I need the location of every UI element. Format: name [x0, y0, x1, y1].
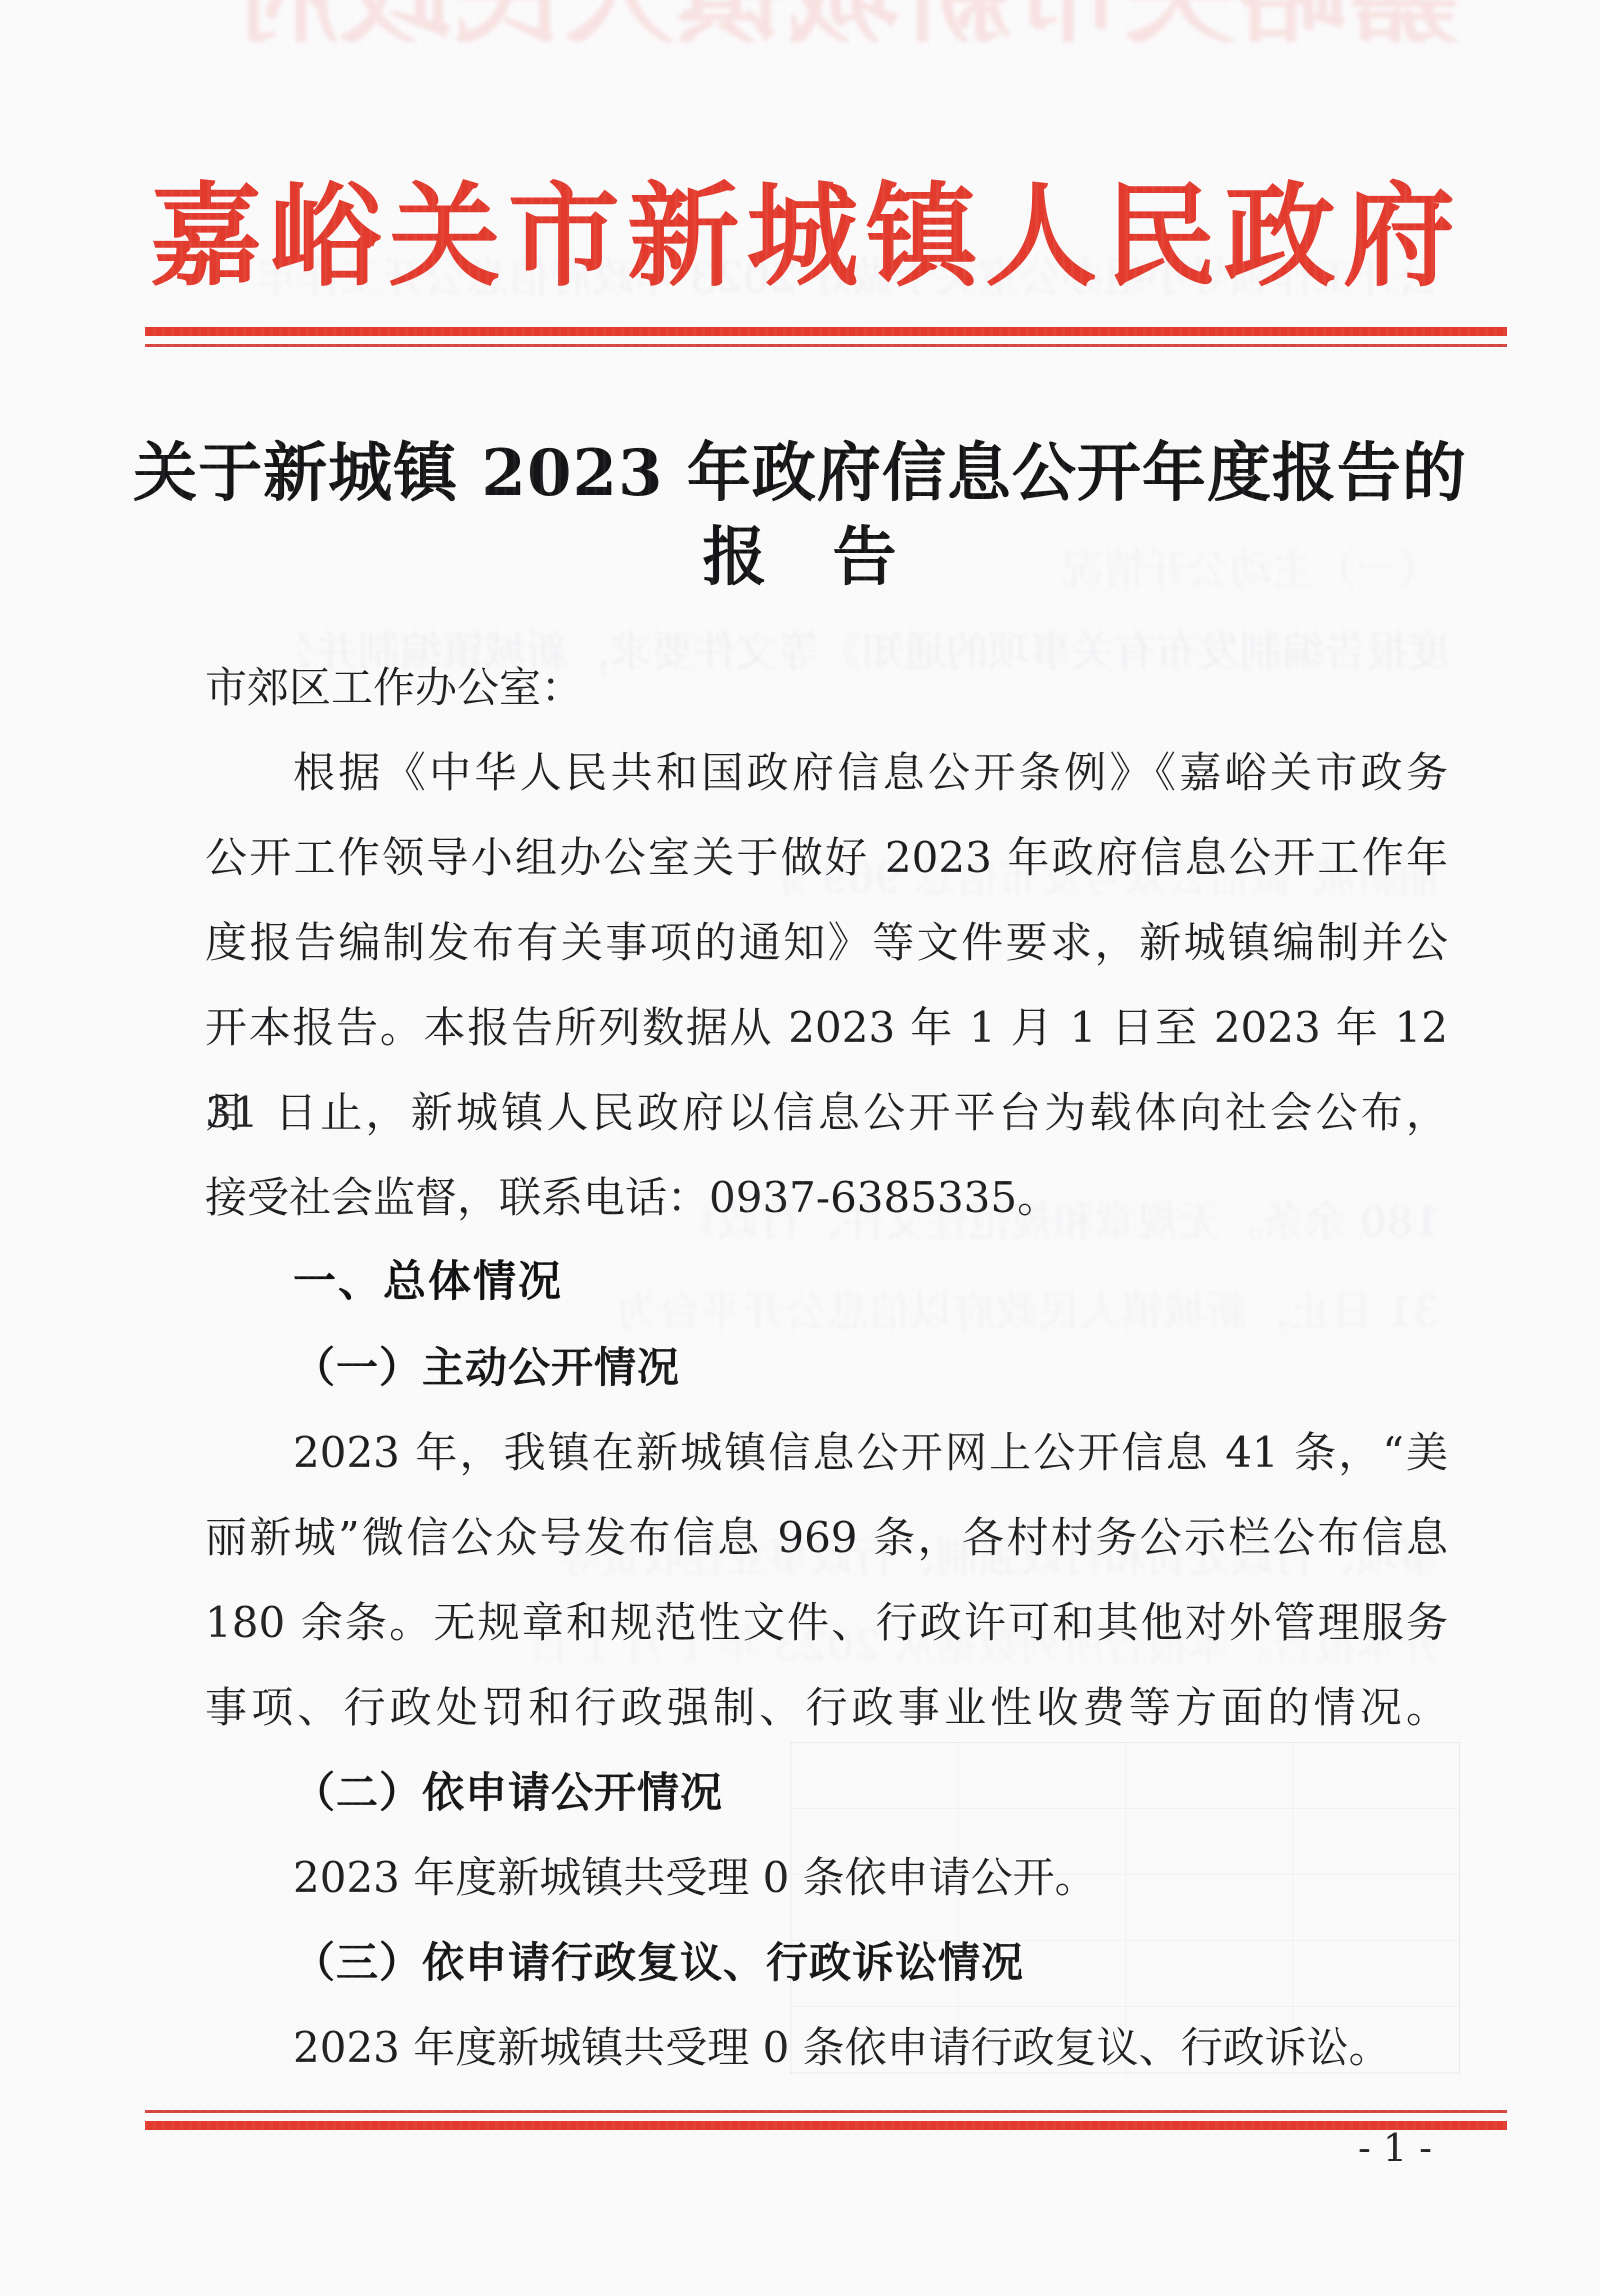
body-line: 31 日止，新城镇人民政府以信息公开平台为载体向社会公布，	[205, 1070, 1448, 1155]
document-title-line1: 关于新城镇 2023 年政府信息公开年度报告的	[0, 432, 1600, 516]
body-line: 开本报告。本报告所列数据从 2023 年 1 月 1 日至 2023 年 12 …	[205, 985, 1448, 1070]
body-line: 丽新城”微信公众号发布信息 969 条，各村村务公示栏公布信息	[205, 1495, 1448, 1580]
section-heading: （二）依申请公开情况	[205, 1750, 1448, 1835]
document-title: 关于新城镇 2023 年政府信息公开年度报告的 报 告	[0, 432, 1600, 600]
body-line: 度报告编制发布有关事项的通知》等文件要求，新城镇编制并公	[205, 900, 1448, 985]
page-number: - 1 -	[1345, 2126, 1445, 2170]
footer-rule-thin	[145, 2110, 1507, 2113]
letterhead-rule-thick	[145, 327, 1507, 336]
section-heading: （一）主动公开情况	[205, 1325, 1448, 1410]
body-line: 接受社会监督，联系电话：0937-6385335。	[205, 1155, 1448, 1240]
letterhead-rule-thin	[145, 344, 1507, 347]
section-heading: 一、总体情况	[205, 1240, 1448, 1325]
document-body: 市郊区工作办公室：根据《中华人民共和国政府信息公开条例》《嘉峪关市政务公开工作领…	[205, 645, 1448, 2090]
document-title-line2: 报 告	[0, 516, 1600, 600]
body-line: 市郊区工作办公室：	[205, 645, 1448, 730]
letterhead-org-title: 嘉峪关市新城镇人民政府	[150, 172, 1455, 302]
body-line: 2023 年度新城镇共受理 0 条依申请行政复议、行政诉讼。	[205, 2005, 1448, 2090]
body-line: 2023 年度新城镇共受理 0 条依申请公开。	[205, 1835, 1448, 1920]
section-heading: （三）依申请行政复议、行政诉讼情况	[205, 1920, 1448, 2005]
bleedthrough-red-header: 嘉峪关市新城镇人民政府	[145, 0, 1460, 42]
body-line: 180 余条。无规章和规范性文件、行政许可和其他对外管理服务	[205, 1580, 1448, 1665]
body-line: 事项、行政处罚和行政强制、行政事业性收费等方面的情况。	[205, 1665, 1448, 1750]
body-line: 根据《中华人民共和国政府信息公开条例》《嘉峪关市政务	[205, 730, 1448, 815]
body-line: 2023 年，我镇在新城镇信息公开网上公开信息 41 条，“美	[205, 1410, 1448, 1495]
scanned-document-page: { "letterhead": { "org_name": "嘉峪关市新城镇人民…	[0, 0, 1600, 2296]
footer-rule-thick	[145, 2121, 1507, 2130]
body-line: 公开工作领导小组办公室关于做好 2023 年政府信息公开工作年	[205, 815, 1448, 900]
